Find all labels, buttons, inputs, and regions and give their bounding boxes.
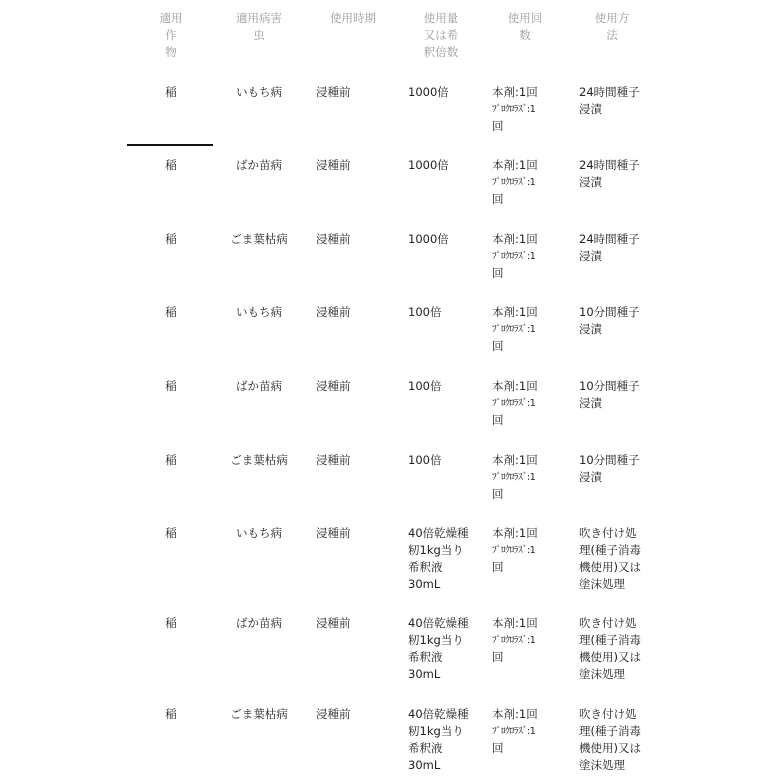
cell-crop: 稲: [155, 706, 187, 723]
cell-method: 10分間種子浸漬: [579, 304, 647, 338]
cell-timing: 浸種前: [316, 157, 376, 174]
cell-timing: 浸種前: [316, 304, 376, 321]
cell-line: 本剤:1回: [492, 378, 560, 395]
cell-line: 塗沫処理: [579, 757, 647, 774]
cell-line: 浸漬: [579, 101, 647, 118]
cell-line: 機使用)又は: [579, 559, 647, 576]
cell-line: 籾1kg当り: [408, 632, 476, 649]
divider-line: [127, 144, 213, 146]
cell-target: ごま葉枯病: [228, 706, 290, 723]
cell-timing: 浸種前: [316, 231, 376, 248]
cell-amount: 100倍: [408, 452, 476, 469]
cell-line: 本剤:1回: [492, 525, 560, 542]
cell-method: 吹き付け処理(種子消毒機使用)又は塗沫処理: [579, 706, 647, 774]
cell-line: ﾌﾟﾛｸﾛﾗｽﾞ:1: [492, 248, 560, 265]
header-count: 使用回 数: [505, 10, 545, 44]
cell-line: 回: [492, 649, 560, 666]
cell-line: 40倍乾燥種: [408, 615, 476, 632]
header-line: 釈倍数: [418, 44, 464, 61]
cell-line: ﾌﾟﾛｸﾛﾗｽﾞ:1: [492, 469, 560, 486]
cell-line: 本剤:1回: [492, 706, 560, 723]
cell-method: 吹き付け処理(種子消毒機使用)又は塗沫処理: [579, 525, 647, 593]
header-line: 使用時期: [328, 10, 378, 27]
cell-target: ばか苗病: [228, 378, 290, 395]
cell-count: 本剤:1回ﾌﾟﾛｸﾛﾗｽﾞ:1回: [492, 157, 560, 208]
cell-line: 回: [492, 118, 560, 135]
cell-line: 40倍乾燥種: [408, 706, 476, 723]
cell-amount: 40倍乾燥種籾1kg当り希釈液30mL: [408, 525, 476, 593]
cell-line: 30mL: [408, 757, 476, 774]
cell-target: いもち病: [228, 304, 290, 321]
cell-crop: 稲: [155, 378, 187, 395]
cell-line: 1000倍: [408, 231, 476, 248]
cell-target: いもち病: [228, 525, 290, 542]
cell-count: 本剤:1回ﾌﾟﾛｸﾛﾗｽﾞ:1回: [492, 378, 560, 429]
header-line: 虫: [228, 27, 290, 44]
cell-line: 回: [492, 559, 560, 576]
cell-crop: 稲: [155, 615, 187, 632]
cell-count: 本剤:1回ﾌﾟﾛｸﾛﾗｽﾞ:1回: [492, 525, 560, 576]
cell-line: ﾌﾟﾛｸﾛﾗｽﾞ:1: [492, 723, 560, 740]
cell-line: 塗沫処理: [579, 666, 647, 683]
cell-timing: 浸種前: [316, 706, 376, 723]
cell-method: 10分間種子浸漬: [579, 378, 647, 412]
cell-line: 40倍乾燥種: [408, 525, 476, 542]
cell-line: 100倍: [408, 304, 476, 321]
cell-timing: 浸種前: [316, 378, 376, 395]
cell-crop: 稲: [155, 304, 187, 321]
cell-target: ばか苗病: [228, 157, 290, 174]
cell-crop: 稲: [155, 157, 187, 174]
cell-amount: 100倍: [408, 378, 476, 395]
cell-target: いもち病: [228, 84, 290, 101]
cell-line: 籾1kg当り: [408, 723, 476, 740]
header-line: 適用作: [155, 10, 187, 44]
header-amount: 使用量 又は希 釈倍数: [418, 10, 464, 61]
cell-line: ﾌﾟﾛｸﾛﾗｽﾞ:1: [492, 101, 560, 118]
cell-line: 本剤:1回: [492, 304, 560, 321]
cell-line: 希釈液: [408, 649, 476, 666]
cell-count: 本剤:1回ﾌﾟﾛｸﾛﾗｽﾞ:1回: [492, 231, 560, 282]
cell-crop: 稲: [155, 231, 187, 248]
cell-line: 本剤:1回: [492, 84, 560, 101]
cell-line: 10分間種子: [579, 378, 647, 395]
cell-timing: 浸種前: [316, 615, 376, 632]
cell-count: 本剤:1回ﾌﾟﾛｸﾛﾗｽﾞ:1回: [492, 452, 560, 503]
header-line: 適用病害: [228, 10, 290, 27]
header-line: 物: [155, 44, 187, 61]
cell-timing: 浸種前: [316, 525, 376, 542]
cell-line: 浸漬: [579, 174, 647, 191]
cell-line: ﾌﾟﾛｸﾛﾗｽﾞ:1: [492, 321, 560, 338]
cell-line: 塗沫処理: [579, 576, 647, 593]
cell-method: 24時間種子浸漬: [579, 157, 647, 191]
cell-line: 希釈液: [408, 559, 476, 576]
cell-line: 希釈液: [408, 740, 476, 757]
cell-method: 吹き付け処理(種子消毒機使用)又は塗沫処理: [579, 615, 647, 683]
header-line: 又は希: [418, 27, 464, 44]
cell-target: ごま葉枯病: [228, 231, 290, 248]
cell-line: 回: [492, 412, 560, 429]
cell-line: ﾌﾟﾛｸﾛﾗｽﾞ:1: [492, 174, 560, 191]
header-crop: 適用作 物: [155, 10, 187, 61]
cell-line: 吹き付け処: [579, 706, 647, 723]
cell-line: 30mL: [408, 576, 476, 593]
cell-timing: 浸種前: [316, 84, 376, 101]
cell-count: 本剤:1回ﾌﾟﾛｸﾛﾗｽﾞ:1回: [492, 706, 560, 757]
cell-line: 理(種子消毒: [579, 723, 647, 740]
cell-line: ﾌﾟﾛｸﾛﾗｽﾞ:1: [492, 395, 560, 412]
header-target: 適用病害 虫: [228, 10, 290, 44]
cell-line: 機使用)又は: [579, 649, 647, 666]
cell-method: 24時間種子浸漬: [579, 231, 647, 265]
cell-line: 100倍: [408, 452, 476, 469]
cell-target: ばか苗病: [228, 615, 290, 632]
cell-line: 24時間種子: [579, 84, 647, 101]
header-line: 使用回: [505, 10, 545, 27]
header-method: 使用方 法: [592, 10, 632, 44]
cell-line: 本剤:1回: [492, 452, 560, 469]
header-line: 使用量: [418, 10, 464, 27]
cell-line: 理(種子消毒: [579, 632, 647, 649]
cell-line: 吹き付け処: [579, 615, 647, 632]
header-line: 法: [592, 27, 632, 44]
cell-line: 10分間種子: [579, 304, 647, 321]
cell-line: 回: [492, 486, 560, 503]
cell-line: 浸漬: [579, 395, 647, 412]
cell-line: 吹き付け処: [579, 525, 647, 542]
cell-amount: 100倍: [408, 304, 476, 321]
cell-line: 浸漬: [579, 469, 647, 486]
cell-target: ごま葉枯病: [228, 452, 290, 469]
cell-crop: 稲: [155, 84, 187, 101]
cell-line: 1000倍: [408, 84, 476, 101]
cell-line: 回: [492, 338, 560, 355]
cell-line: 10分間種子: [579, 452, 647, 469]
cell-line: 100倍: [408, 378, 476, 395]
cell-line: 籾1kg当り: [408, 542, 476, 559]
cell-line: 理(種子消毒: [579, 542, 647, 559]
cell-count: 本剤:1回ﾌﾟﾛｸﾛﾗｽﾞ:1回: [492, 84, 560, 135]
cell-line: 本剤:1回: [492, 157, 560, 174]
cell-line: 浸漬: [579, 248, 647, 265]
cell-amount: 40倍乾燥種籾1kg当り希釈液30mL: [408, 615, 476, 683]
cell-line: 機使用)又は: [579, 740, 647, 757]
cell-amount: 1000倍: [408, 231, 476, 248]
cell-line: 24時間種子: [579, 231, 647, 248]
cell-line: 回: [492, 191, 560, 208]
header-timing: 使用時期: [328, 10, 378, 27]
cell-line: 浸漬: [579, 321, 647, 338]
cell-line: 24時間種子: [579, 157, 647, 174]
cell-method: 10分間種子浸漬: [579, 452, 647, 486]
header-line: 使用方: [592, 10, 632, 27]
cell-line: 1000倍: [408, 157, 476, 174]
cell-crop: 稲: [155, 452, 187, 469]
cell-crop: 稲: [155, 525, 187, 542]
cell-line: 30mL: [408, 666, 476, 683]
cell-line: 回: [492, 740, 560, 757]
cell-count: 本剤:1回ﾌﾟﾛｸﾛﾗｽﾞ:1回: [492, 615, 560, 666]
cell-amount: 1000倍: [408, 157, 476, 174]
cell-line: 回: [492, 265, 560, 282]
cell-timing: 浸種前: [316, 452, 376, 469]
cell-line: ﾌﾟﾛｸﾛﾗｽﾞ:1: [492, 632, 560, 649]
cell-method: 24時間種子浸漬: [579, 84, 647, 118]
cell-line: 本剤:1回: [492, 615, 560, 632]
cell-line: 本剤:1回: [492, 231, 560, 248]
cell-line: ﾌﾟﾛｸﾛﾗｽﾞ:1: [492, 542, 560, 559]
cell-count: 本剤:1回ﾌﾟﾛｸﾛﾗｽﾞ:1回: [492, 304, 560, 355]
cell-amount: 1000倍: [408, 84, 476, 101]
cell-amount: 40倍乾燥種籾1kg当り希釈液30mL: [408, 706, 476, 774]
header-line: 数: [505, 27, 545, 44]
